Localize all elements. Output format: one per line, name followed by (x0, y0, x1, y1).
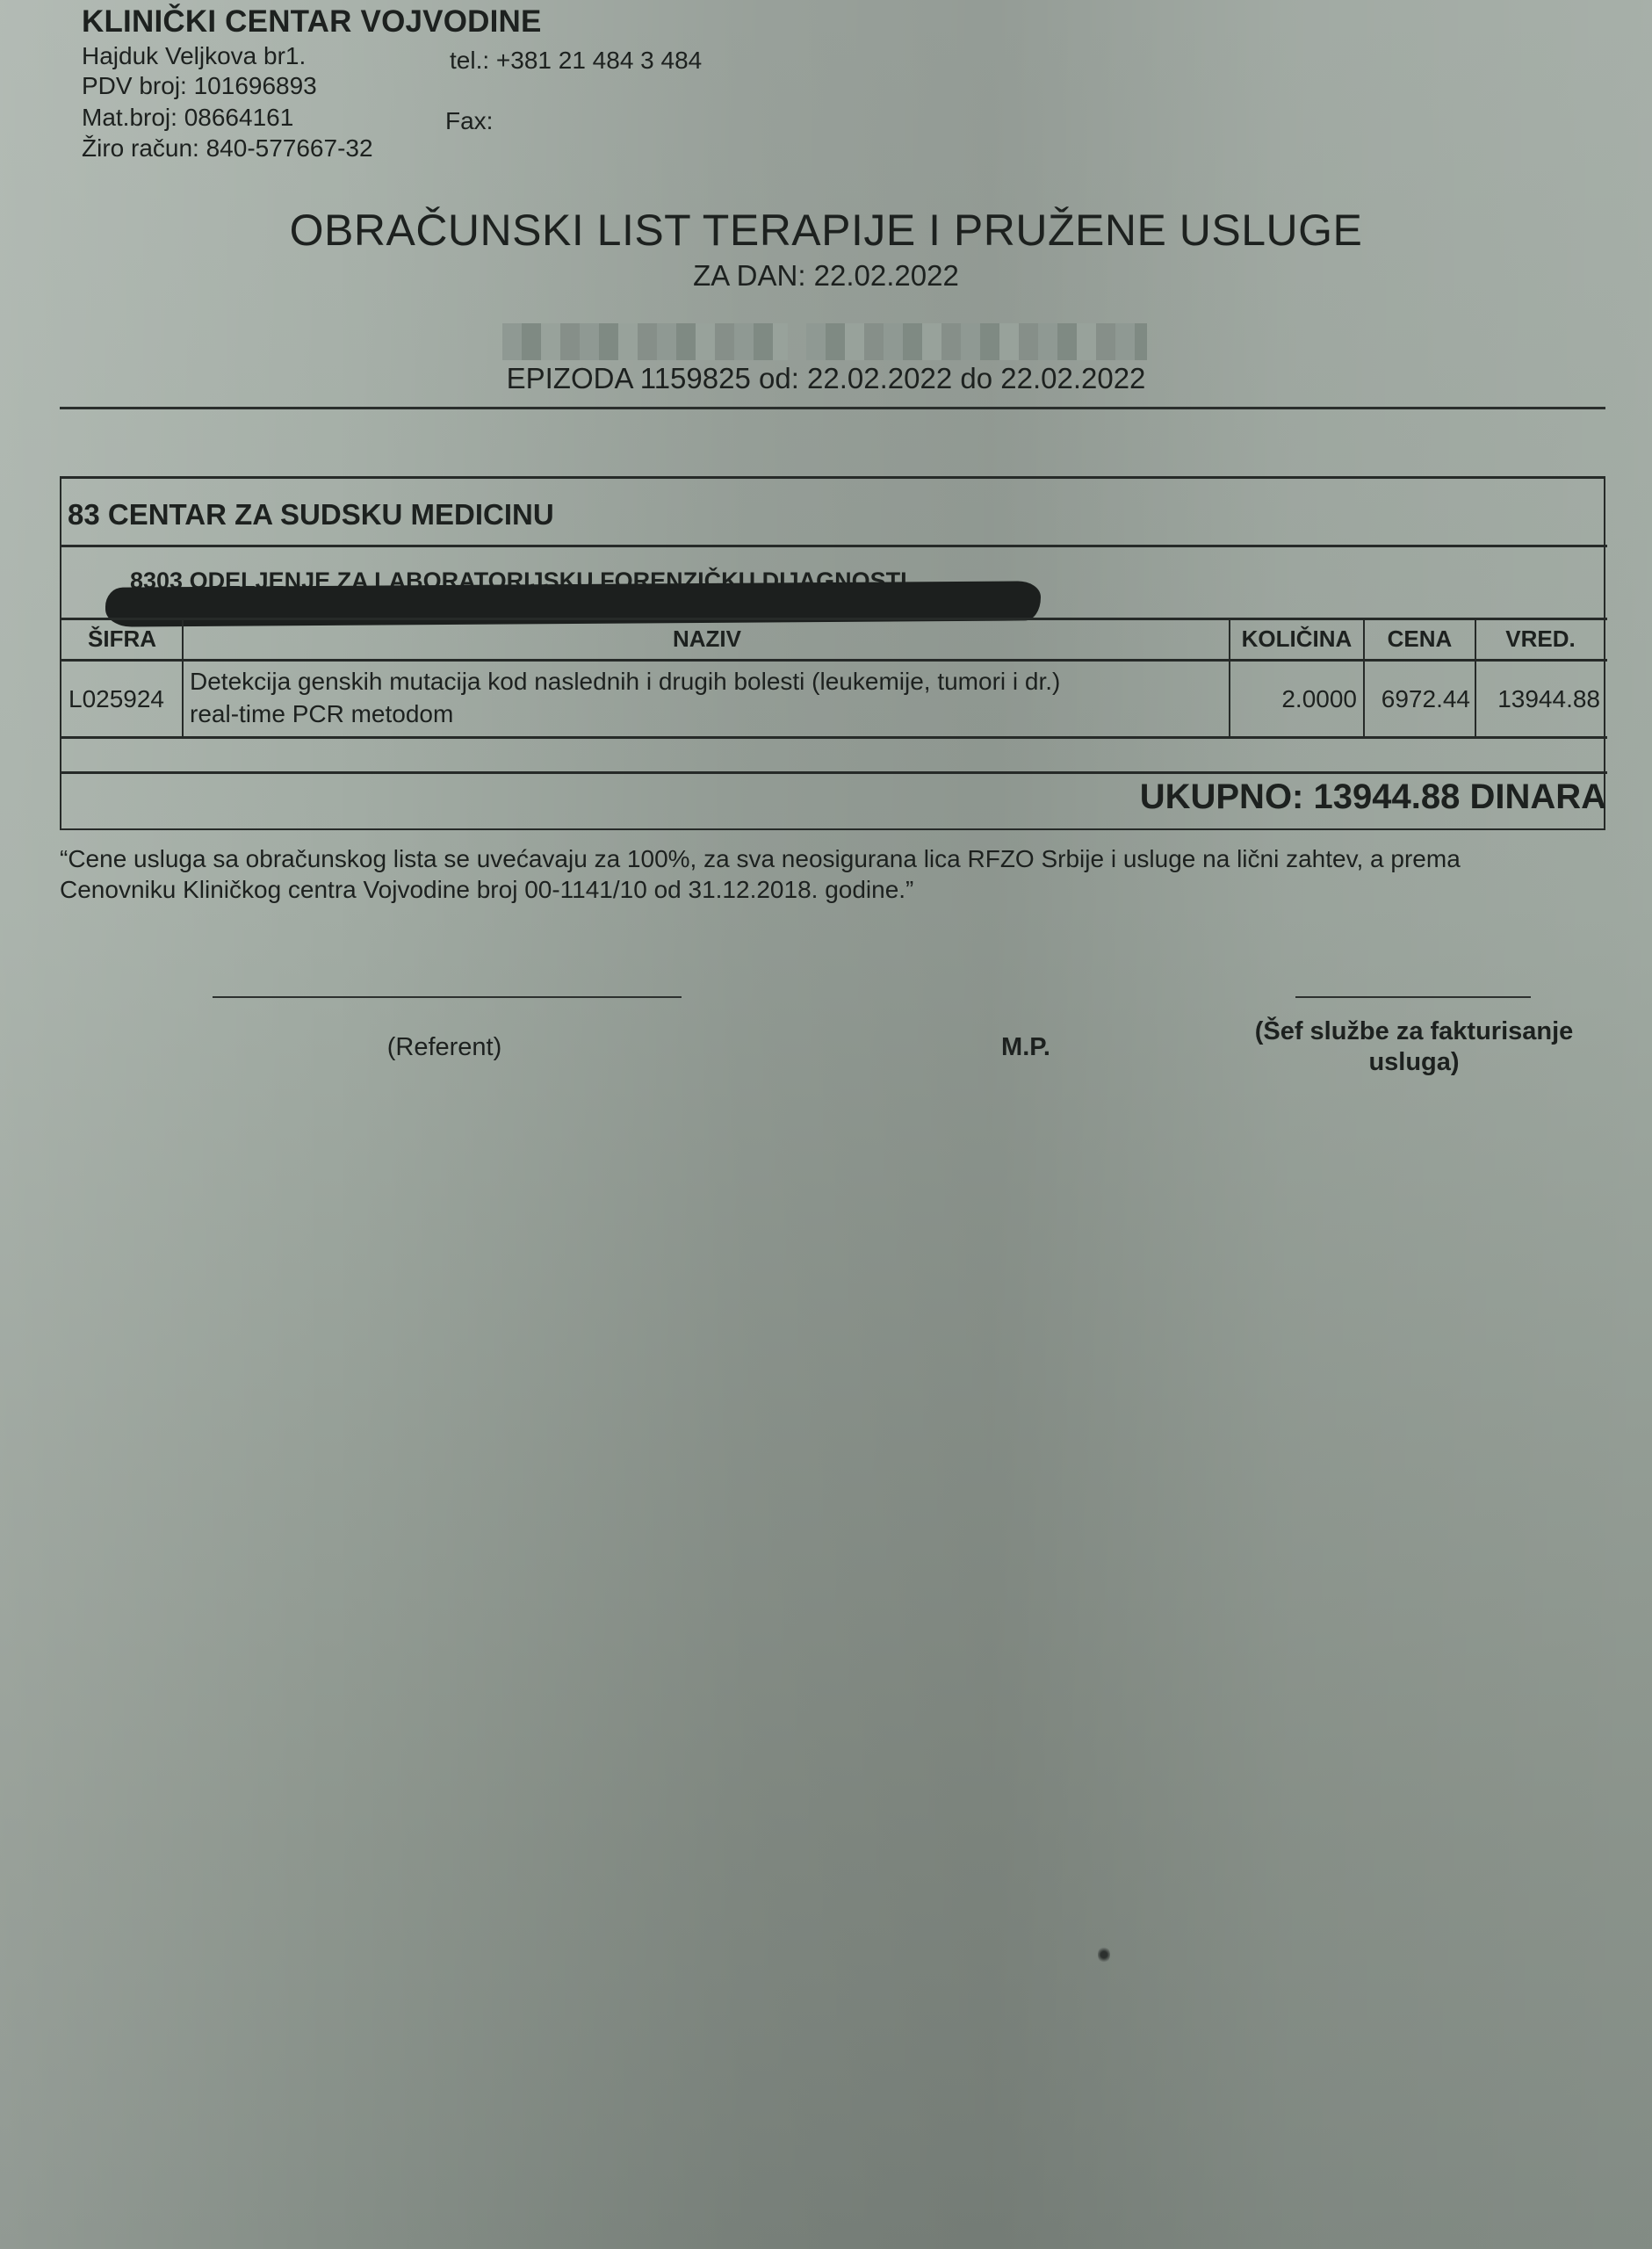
address: Hajduk Veljkova br1. (82, 42, 306, 70)
table-divider (60, 545, 1607, 547)
stamp-label: M.P. (973, 1033, 1078, 1062)
column-header-name: NAZIV (184, 626, 1230, 653)
grand-total: UKUPNO: 13944.88 DINARA (1140, 777, 1606, 817)
row-value: 13944.88 (1475, 685, 1600, 713)
department-heading: 83 CENTAR ZA SUDSKU MEDICINU (68, 498, 554, 532)
chief-signature-line (1295, 996, 1531, 998)
column-divider (1475, 618, 1476, 738)
chief-label-line1: (Šef službe za fakturisanje (1225, 1017, 1603, 1046)
document-date: ZA DAN: 22.02.2022 (0, 259, 1652, 293)
column-header-value: VRED. (1475, 626, 1605, 653)
row-quantity: 2.0000 (1230, 685, 1357, 713)
paper-smudge (1098, 1946, 1110, 1963)
row-name-line2: real-time PCR metodom (190, 700, 453, 728)
phone: tel.: +381 21 484 3 484 (450, 47, 702, 75)
chief-label-line2: usluga) (1225, 1048, 1603, 1077)
column-header-quantity: KOLIČINA (1230, 626, 1364, 653)
fax: Fax: (445, 107, 493, 135)
footnote-line2: Cenovniku Kliničkog centra Vojvodine bro… (60, 876, 913, 904)
redacted-patient-last-name (806, 323, 1147, 360)
registration-number: Mat.broj: 08664161 (82, 104, 293, 132)
footnote-line1: “Cene usluga sa obračunskog lista se uve… (60, 845, 1461, 873)
vat-number: PDV broj: 101696893 (82, 72, 317, 100)
bank-account: Žiro račun: 840-577667-32 (82, 134, 373, 163)
table-divider (60, 659, 1607, 662)
row-price: 6972.44 (1364, 685, 1470, 713)
column-divider (182, 618, 184, 738)
column-divider (1229, 618, 1230, 738)
column-header-price: CENA (1364, 626, 1475, 653)
column-header-code: ŠIFRA (61, 626, 183, 653)
column-divider (1363, 618, 1365, 738)
table-divider (60, 618, 1607, 620)
header-divider (60, 407, 1605, 409)
organization-name: KLINIČKI CENTAR VOJVODINE (82, 4, 542, 40)
referent-label: (Referent) (330, 1033, 559, 1062)
referent-signature-line (213, 996, 682, 998)
row-name-line1: Detekcija genskih mutacija kod naslednih… (190, 668, 1060, 696)
episode-line: EPIZODA 1159825 od: 22.02.2022 do 22.02.… (0, 362, 1652, 395)
table-divider (60, 771, 1607, 774)
document-title: OBRAČUNSKI LIST TERAPIJE I PRUŽENE USLUG… (0, 205, 1652, 256)
row-code: L025924 (69, 685, 164, 713)
table-divider (60, 736, 1607, 739)
redacted-patient-first-name (502, 323, 788, 360)
